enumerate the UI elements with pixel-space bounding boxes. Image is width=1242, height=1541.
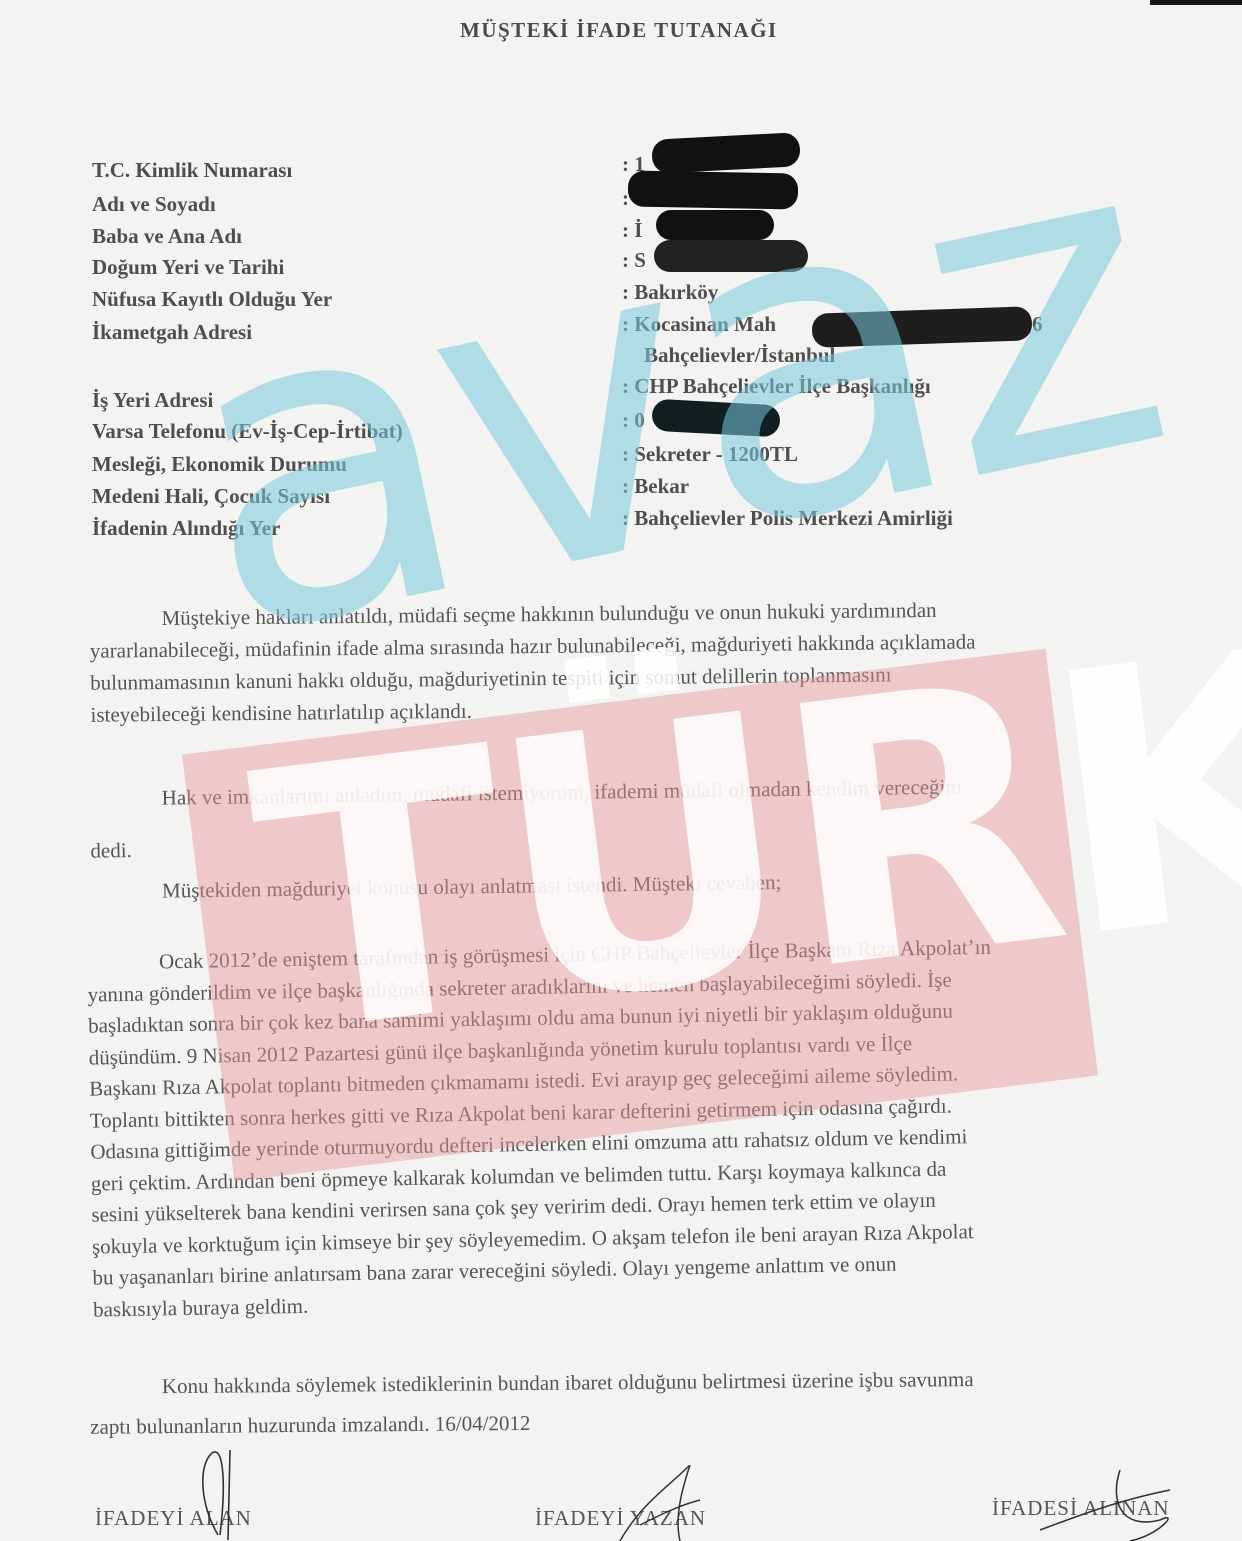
field-value-birth: : S	[622, 248, 646, 273]
field-label-marital: Medeni Hali, Çocuk Sayısı	[92, 484, 330, 509]
field-label-workplace: İş Yeri Adresi	[92, 388, 213, 413]
closing-paragraph: Konu hakkında söylemek istediklerinin bu…	[90, 1357, 1191, 1447]
field-value-marital: : Bekar	[622, 474, 689, 499]
field-label-occupation: Mesleği, Ekonomik Durumu	[92, 452, 347, 477]
field-label-phone: Varsa Telefonu (Ev-İş-Cep-İrtibat)	[92, 419, 403, 444]
redaction-mark	[811, 306, 1032, 348]
field-label-parents: Baba ve Ana Adı	[92, 224, 242, 249]
redaction-mark	[656, 210, 774, 240]
field-label-birth: Doğum Yeri ve Tarihi	[92, 255, 284, 280]
paragraph-line: zaptı bulunanların huzurunda imzalandı. …	[90, 1397, 1190, 1447]
rights-paragraph: Müştekiye hakları anlatıldı, müdafi seçm…	[89, 591, 1190, 731]
field-value-residence-suffix: 6	[1032, 312, 1043, 337]
redaction-mark	[628, 171, 799, 210]
redaction-mark	[654, 240, 808, 272]
field-label-registry: Nüfusa Kayıtlı Olduğu Yer	[92, 287, 332, 312]
document-title: MÜŞTEKİ İFADE TUTANAĞI	[460, 18, 778, 43]
statement-document: MÜŞTEKİ İFADE TUTANAĞI T.C. Kimlik Numar…	[0, 0, 1242, 1541]
redaction-mark	[651, 132, 801, 174]
field-value-parents: : İ	[622, 218, 642, 243]
field-value-workplace: : CHP Bahçelievler İlçe Başkanlığı	[622, 374, 931, 399]
field-value-occupation: : Sekreter - 1200TL	[622, 442, 798, 467]
statement-paragraph: Ocak 2012’de eniştem tarafından iş görüş…	[87, 928, 1193, 1325]
field-value-location: : Bahçelievler Polis Merkezi Amirliği	[622, 506, 953, 531]
field-value-phone: : 0	[622, 408, 645, 433]
acknowledgement-paragraph: Hak ve imkanlarımı anladım, müdafi istem…	[89, 757, 1190, 876]
field-label-tc-id: T.C. Kimlik Numarası	[92, 158, 292, 183]
field-value-registry: : Bakırköy	[622, 280, 718, 305]
redaction-mark	[651, 399, 780, 438]
field-label-location: İfadenin Alındığı Yer	[92, 516, 280, 541]
signature-mark	[190, 1445, 270, 1541]
field-value-residence-line2: Bahçelievler/İstanbul	[644, 343, 835, 368]
signature-mark	[1010, 1470, 1190, 1541]
field-label-name: Adı ve Soyadı	[92, 192, 216, 217]
signature-mark	[580, 1465, 740, 1541]
field-value-residence: : Kocasinan Mah	[622, 312, 776, 337]
field-label-residence: İkametgah Adresi	[92, 320, 252, 345]
